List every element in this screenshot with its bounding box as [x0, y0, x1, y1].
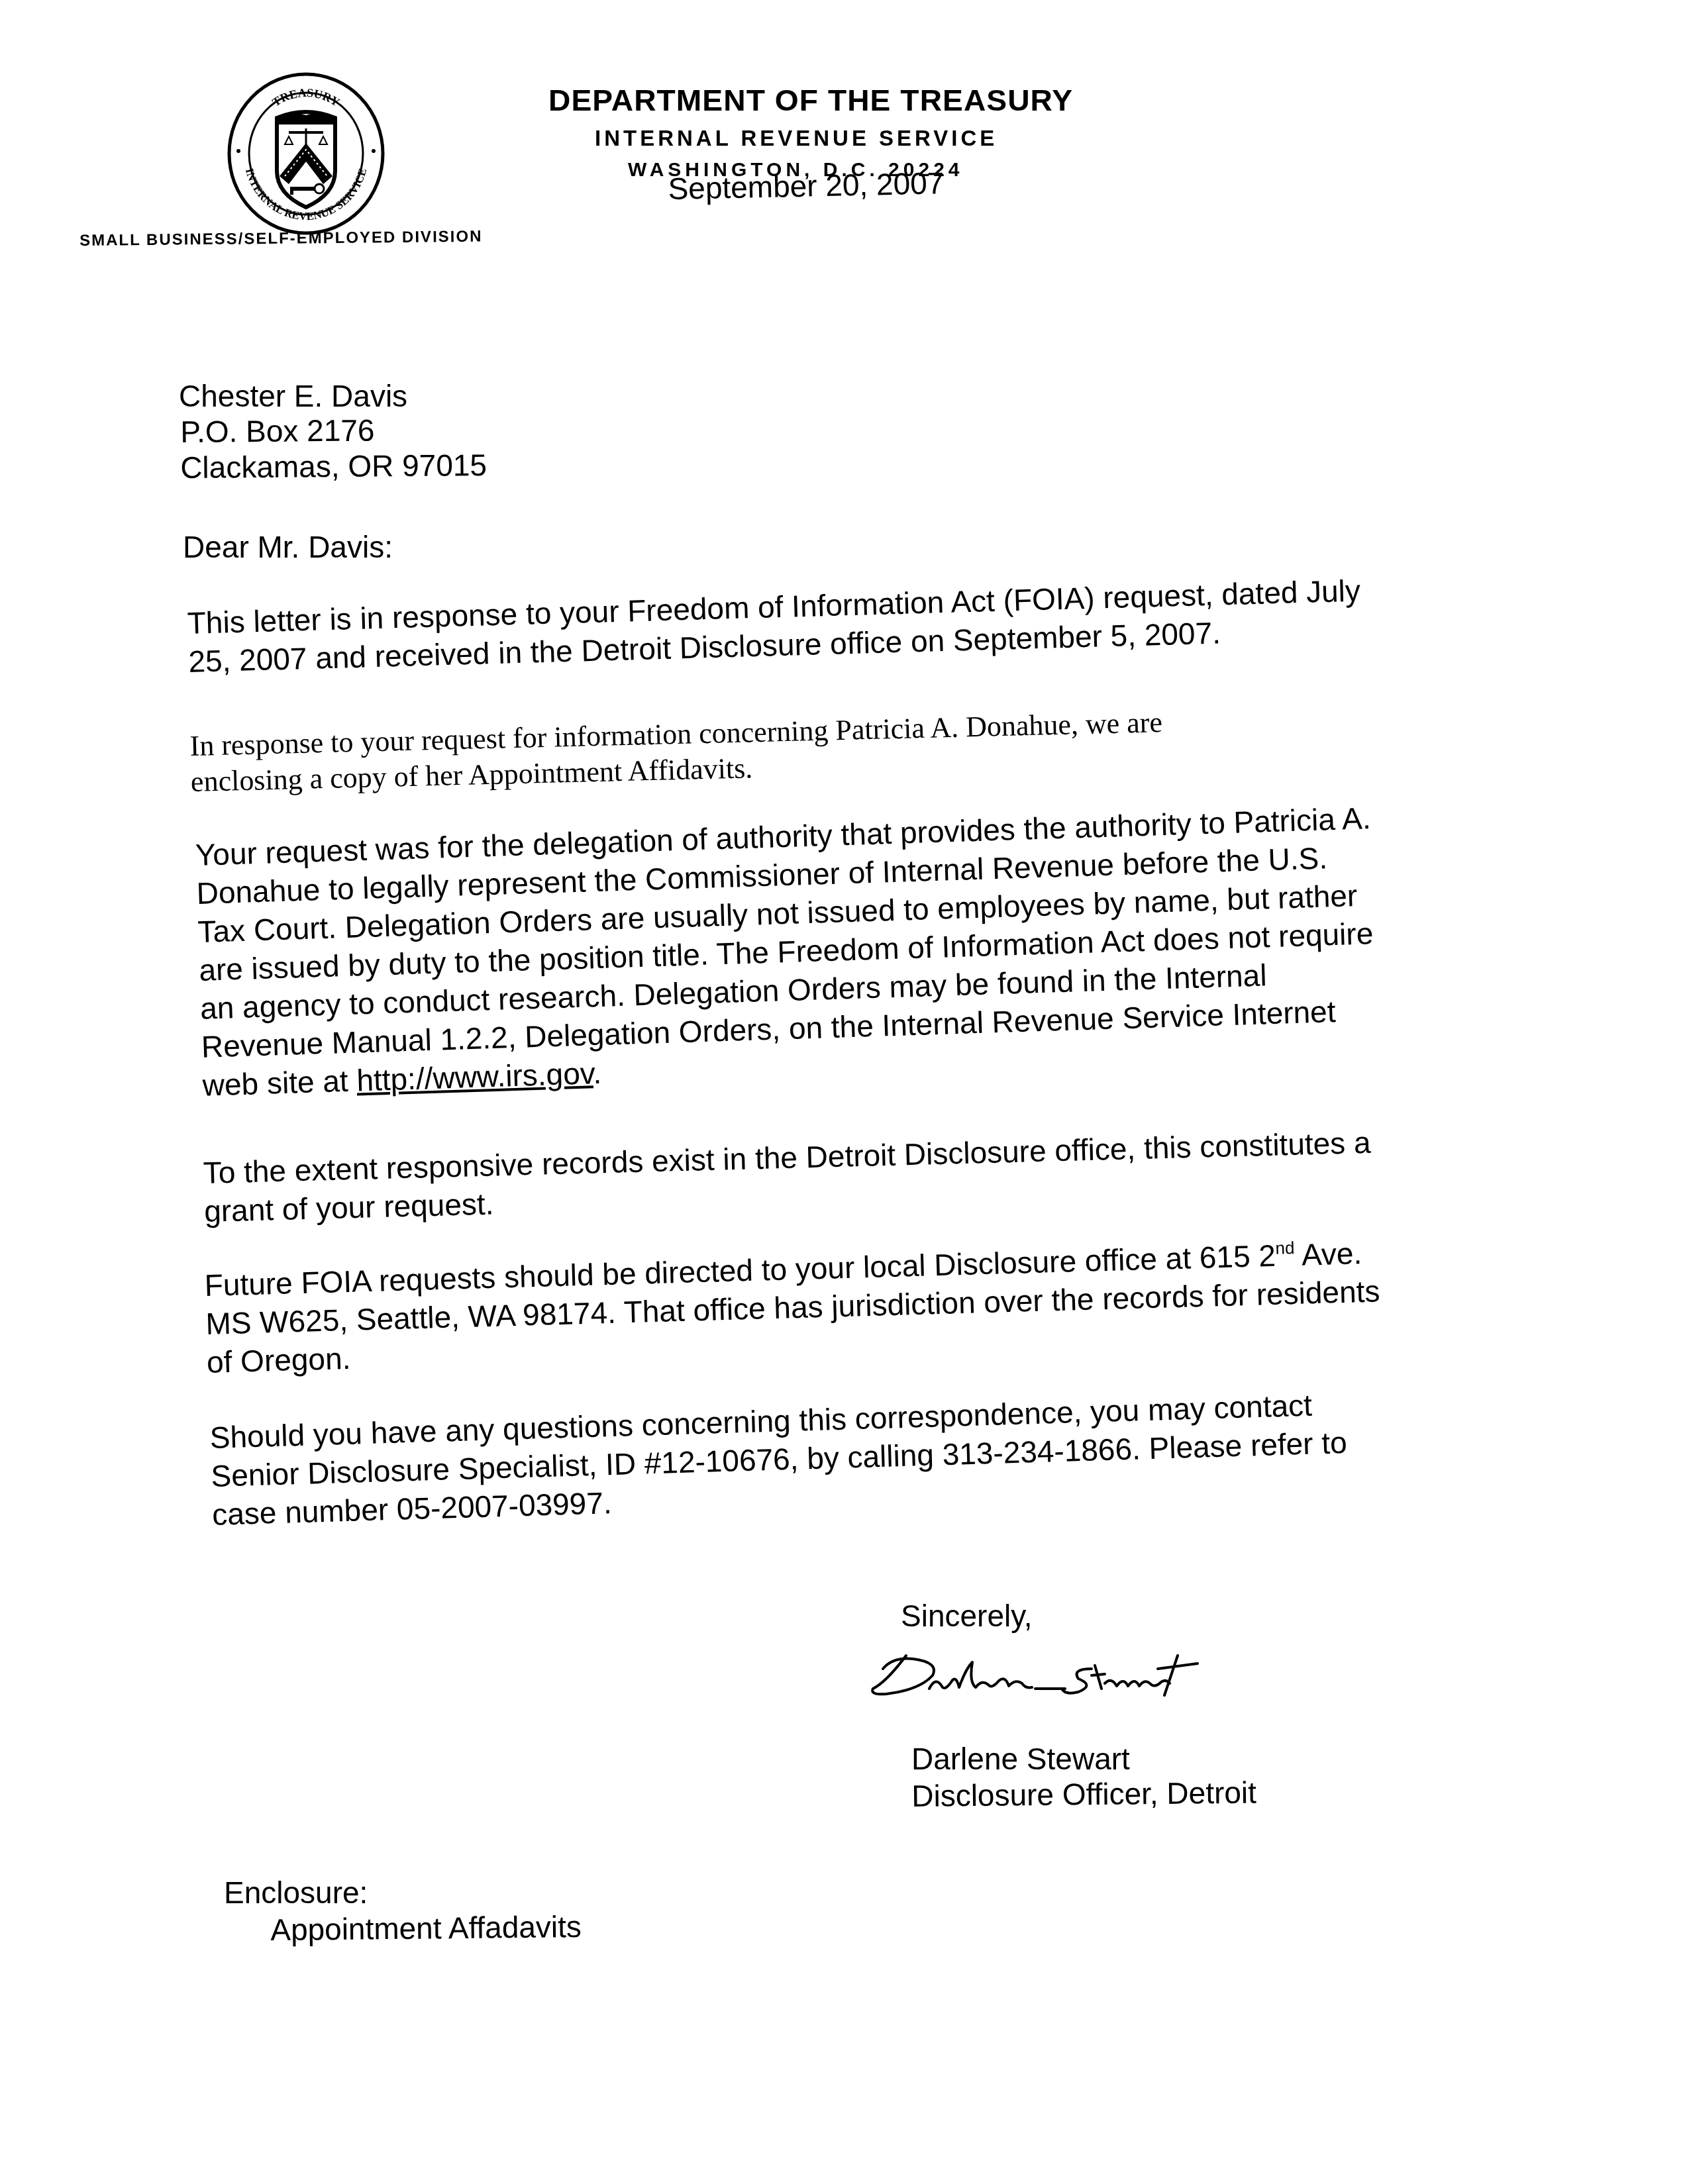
line-prefix: web site at [202, 1064, 357, 1103]
paragraph-future-requests: Future FOIA requests should be directed … [204, 1233, 1382, 1381]
letter-date: September 20, 2007 [668, 165, 945, 207]
recipient-name: Chester E. Davis [179, 377, 407, 415]
irs-website-link[interactable]: http://www.irs.gov [356, 1056, 594, 1097]
signer-name: Darlene Stewart [911, 1740, 1130, 1777]
paragraph-contact: Should you have any questions concerning… [209, 1385, 1349, 1534]
paragraph-delegation: Your request was for the delegation of a… [195, 799, 1378, 1105]
enclosure-label: Enclosure: [224, 1874, 368, 1911]
salutation: Dear Mr. Davis: [183, 528, 393, 566]
division-name: SMALL BUSINESS/SELF-EMPLOYED DIVISION [79, 228, 483, 250]
line-suffix: . [592, 1056, 601, 1090]
handwritten-signature-icon [866, 1642, 1211, 1715]
seal-top-text: TREASURY [270, 86, 342, 109]
recipient-address-line1: P.O. Box 2176 [180, 411, 375, 450]
paragraph-foia-request: This letter is in response to your Freed… [187, 571, 1362, 681]
department-heading: DEPARTMENT OF THE TREASURY [548, 85, 1073, 118]
paragraph-grant: To the extent responsive records exist i… [203, 1123, 1372, 1230]
enclosure-item: Appointment Affadavits [270, 1908, 582, 1948]
signer-title: Disclosure Officer, Detroit [911, 1774, 1256, 1814]
paragraph-enclosure-info: In response to your request for informat… [189, 703, 1164, 799]
line-suffix: Ave. [1294, 1236, 1362, 1272]
letter-page: { "letterhead": { "seal_icon": "irs-trea… [0, 0, 1689, 2184]
ordinal-suffix: nd [1275, 1238, 1295, 1258]
valediction: Sincerely, [901, 1597, 1033, 1634]
recipient-address-line2: Clackamas, OR 97015 [180, 446, 487, 486]
irs-treasury-seal-icon: TREASURY INTERNAL REVENUE SERVICE [224, 72, 388, 236]
agency-heading: INTERNAL REVENUE SERVICE [595, 126, 998, 151]
